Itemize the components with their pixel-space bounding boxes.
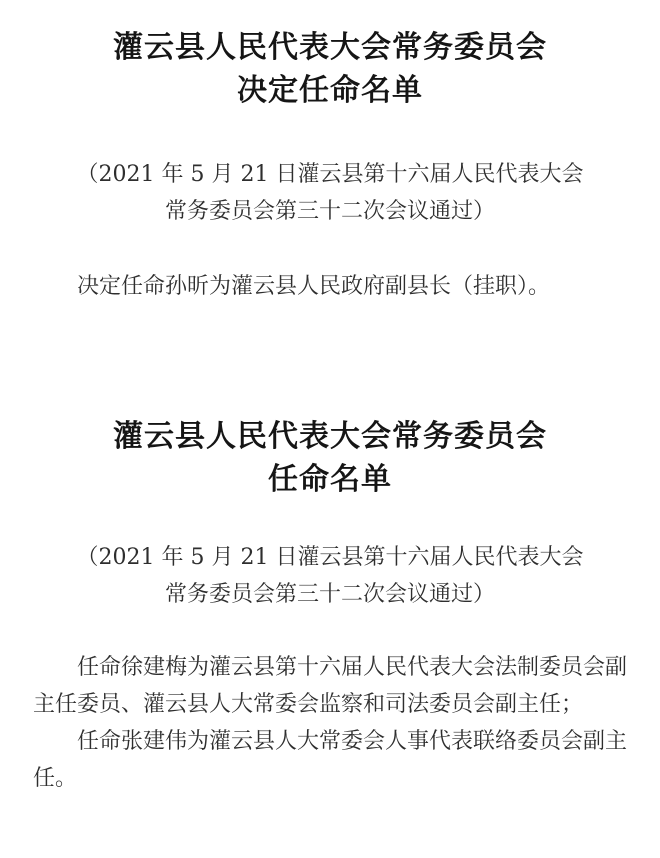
notice-body: 决定任命孙昕为灌云县人民政府副县长（挂职）。 — [0, 268, 660, 305]
notice-meta: （2021 年 5 月 21 日灌云县第十六届人民代表大会 常务委员会第三十二次… — [0, 539, 660, 613]
notice-meta-line-2: 常务委员会第三十二次会议通过） — [33, 193, 627, 230]
notice-title-line-1: 灌云县人民代表大会常务委员会 — [33, 26, 627, 69]
notice-title-line-2: 决定任命名单 — [33, 69, 627, 112]
notice-decision-appointment: 灌云县人民代表大会常务委员会 决定任命名单 （2021 年 5 月 21 日灌云… — [0, 26, 660, 305]
notice-title-line-1: 灌云县人民代表大会常务委员会 — [33, 415, 627, 458]
notice-paragraph: 任命徐建梅为灌云县第十六届人民代表大会法制委员会副主任委员、灌云县人大常委会监察… — [33, 649, 627, 723]
notice-meta-line-1: （2021 年 5 月 21 日灌云县第十六届人民代表大会 — [33, 539, 627, 576]
notice-meta-line-2: 常务委员会第三十二次会议通过） — [33, 576, 627, 613]
notice-title-line-2: 任命名单 — [33, 458, 627, 501]
notice-body: 任命徐建梅为灌云县第十六届人民代表大会法制委员会副主任委员、灌云县人大常委会监察… — [0, 649, 660, 797]
notice-appointment: 灌云县人民代表大会常务委员会 任命名单 （2021 年 5 月 21 日灌云县第… — [0, 415, 660, 797]
notice-title: 灌云县人民代表大会常务委员会 任命名单 — [0, 415, 660, 501]
notice-meta: （2021 年 5 月 21 日灌云县第十六届人民代表大会 常务委员会第三十二次… — [0, 156, 660, 230]
document-page: 灌云县人民代表大会常务委员会 决定任命名单 （2021 年 5 月 21 日灌云… — [0, 0, 660, 858]
notice-paragraph: 任命张建伟为灌云县人大常委会人事代表联络委员会副主任。 — [33, 723, 627, 797]
notice-paragraph: 决定任命孙昕为灌云县人民政府副县长（挂职）。 — [33, 268, 627, 305]
notice-meta-line-1: （2021 年 5 月 21 日灌云县第十六届人民代表大会 — [33, 156, 627, 193]
notice-title: 灌云县人民代表大会常务委员会 决定任命名单 — [0, 26, 660, 112]
